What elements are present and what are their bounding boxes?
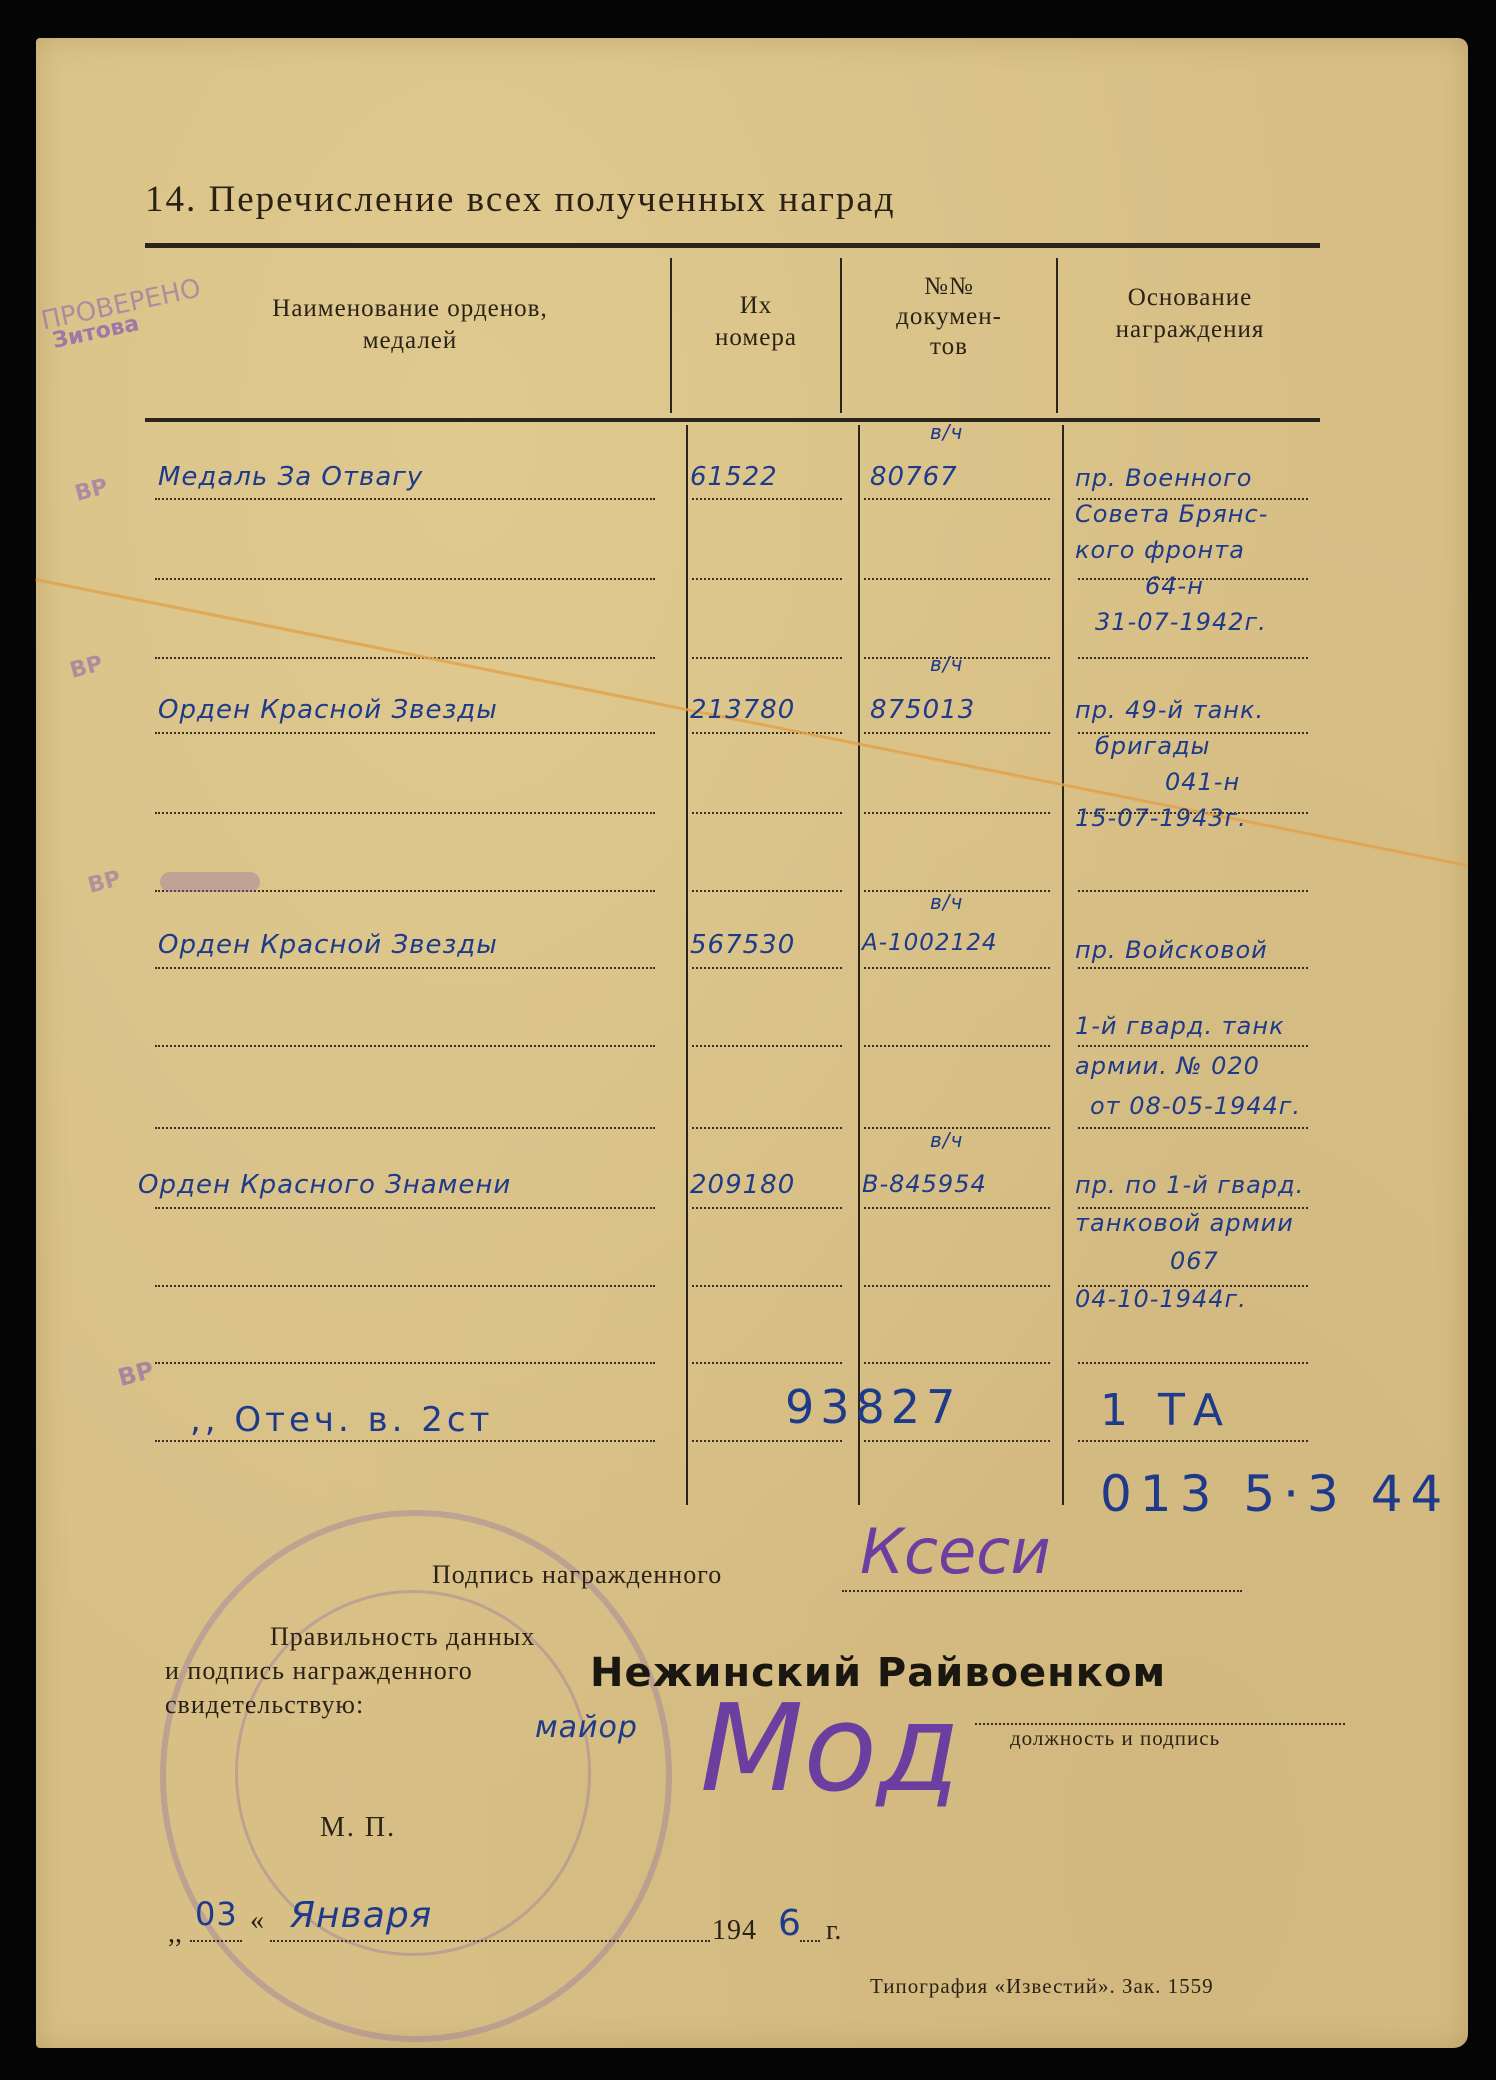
header-name-line: медалей [200, 325, 620, 357]
header-number-line: номера [672, 322, 840, 354]
row-dotted-line [155, 1045, 655, 1047]
award-basis: пр. Военного Совета Брянс- кого фронта 6… [1075, 460, 1268, 640]
row-dotted-line [864, 578, 1050, 580]
header-number-line: Их [672, 290, 840, 322]
row-dotted-line [692, 657, 842, 659]
row-dotted-line [155, 1127, 655, 1129]
row-dotted-line [155, 1440, 655, 1442]
award-number: 209180 [690, 1170, 795, 1200]
award-document: 80767 [870, 462, 958, 492]
date-year-printed: 194 [712, 1915, 757, 1947]
row-dotted-line [155, 578, 655, 580]
row-dotted-line [155, 812, 655, 814]
seal-place-label: М. П. [320, 1812, 396, 1844]
award-number: 93827 [785, 1380, 961, 1434]
position-signature-line [975, 1723, 1345, 1725]
recipient-signature: Ксеси [860, 1515, 1051, 1588]
position-label: должность и подпись [1010, 1726, 1220, 1751]
basis-line: армии. № 020 [1075, 1046, 1301, 1086]
basis-line: 067 [1075, 1242, 1304, 1280]
doc-prefix: в/ч [930, 420, 963, 444]
row-dotted-line [155, 1285, 655, 1287]
row-dotted-line [692, 578, 842, 580]
header-basis: Основание награждения [1060, 282, 1320, 346]
row-dotted-line [155, 967, 655, 969]
row-dotted-line [155, 657, 655, 659]
basis-line: 04-10-1944г. [1075, 1280, 1304, 1318]
basis-line: 64-н [1075, 568, 1268, 604]
row-dotted-line [864, 967, 1050, 969]
award-basis: пр. по 1-й гвард. танковой армии 067 04-… [1075, 1166, 1304, 1318]
row-dotted-line [155, 732, 655, 734]
award-name: Медаль За Отвагу [158, 462, 423, 492]
header-documents: №№ докумен- тов [842, 272, 1056, 362]
official-signature: Мод [700, 1680, 960, 1819]
basis-line: пр. Войсковой [1075, 930, 1301, 970]
table-header-rule [145, 418, 1320, 422]
basis-line: кого фронта [1075, 532, 1268, 568]
row-dotted-line [1078, 657, 1308, 659]
row-dotted-line [692, 812, 842, 814]
row-dotted-line [864, 1440, 1050, 1442]
basis-line: от 08-05-1944г. [1075, 1086, 1301, 1126]
row-dotted-line [692, 1285, 842, 1287]
header-basis-line: Основание [1060, 282, 1320, 314]
header-documents-line: докумен- [842, 302, 1056, 332]
award-number: 567530 [690, 930, 795, 960]
certify-line: свидетельствую: [165, 1690, 364, 1720]
row-dotted-line [864, 732, 1050, 734]
row-dotted-line [692, 1127, 842, 1129]
column-divider [686, 425, 688, 1505]
date-day: 03 [195, 1895, 238, 1933]
table-top-rule [145, 243, 1320, 248]
row-dotted-line [1078, 1362, 1308, 1364]
row-dotted-line [692, 1362, 842, 1364]
certify-line: Правильность данных [270, 1622, 535, 1652]
doc-prefix: в/ч [930, 652, 963, 676]
award-name: Орден Красной Звезды [158, 930, 498, 960]
award-number: 61522 [690, 462, 778, 492]
award-name: ,, Отеч. в. 2ст [190, 1400, 493, 1440]
award-name: Орден Красной Звезды [158, 695, 498, 725]
ink-smudge [160, 872, 260, 892]
basis-line: бригады [1075, 728, 1264, 764]
basis-line: Совета Брянс- [1075, 496, 1268, 532]
row-dotted-line [1078, 1440, 1308, 1442]
award-name: Орден Красного Знамени [138, 1170, 511, 1200]
row-dotted-line [692, 498, 842, 500]
section-title: 14. Перечисление всех полученных наград [145, 178, 896, 221]
header-name-line: Наименование орденов, [200, 293, 620, 325]
date-open-quote: ,, [168, 1918, 182, 1950]
date-year-line [800, 1940, 820, 1942]
recipient-signature-line [842, 1590, 1242, 1592]
award-basis-unit: 1 ТА [1100, 1385, 1231, 1436]
award-basis: пр. Войсковой 1-й гвард. танк армии. № 0… [1075, 930, 1301, 1126]
row-dotted-line [1078, 890, 1308, 892]
row-dotted-line [692, 967, 842, 969]
award-document: 875013 [870, 695, 975, 725]
row-dotted-line [864, 812, 1050, 814]
header-basis-line: награждения [1060, 314, 1320, 346]
row-dotted-line [692, 890, 842, 892]
doc-prefix: в/ч [930, 890, 963, 914]
row-dotted-line [692, 1045, 842, 1047]
row-dotted-line [692, 1440, 842, 1442]
recipient-signature-label: Подпись награжденного [432, 1560, 722, 1590]
row-dotted-line [864, 1045, 1050, 1047]
award-document: В-845954 [862, 1170, 987, 1198]
date-suffix: г. [826, 1915, 841, 1947]
basis-line: танковой армии [1075, 1204, 1304, 1242]
award-document: А-1002124 [862, 930, 997, 956]
row-dotted-line [155, 498, 655, 500]
certify-line: и подпись награжденного [165, 1656, 473, 1686]
basis-line: 1-й гвард. танк [1075, 1006, 1301, 1046]
basis-line: 041-н [1075, 764, 1264, 800]
basis-line: пр. по 1-й гвард. [1075, 1166, 1304, 1204]
rank-handwritten: майор [535, 1710, 638, 1745]
date-day-line [190, 1940, 242, 1942]
doc-prefix: в/ч [930, 1128, 963, 1152]
row-dotted-line [1078, 1127, 1308, 1129]
column-divider [1062, 425, 1064, 1505]
row-dotted-line [692, 1207, 842, 1209]
award-basis-order: 013 5·3 44 [1100, 1465, 1450, 1523]
column-divider [1056, 258, 1058, 413]
date-year-handwritten: 6 [778, 1903, 802, 1944]
award-number: 213780 [690, 695, 795, 725]
basis-line: пр. 49-й танк. [1075, 692, 1264, 728]
date-month: Января [290, 1895, 432, 1936]
row-dotted-line [864, 1207, 1050, 1209]
row-dotted-line [864, 1362, 1050, 1364]
date-month-line [270, 1940, 710, 1942]
award-basis: пр. 49-й танк. бригады 041-н 15-07-1943г… [1075, 692, 1264, 836]
header-name: Наименование орденов, медалей [200, 293, 620, 357]
row-dotted-line [864, 1285, 1050, 1287]
row-dotted-line [155, 1207, 655, 1209]
basis-line: 15-07-1943г. [1075, 800, 1264, 836]
date-mid-quote: « [250, 1905, 264, 1937]
basis-line: пр. Военного [1075, 460, 1268, 496]
header-documents-line: тов [842, 332, 1056, 362]
row-dotted-line [155, 1362, 655, 1364]
basis-line: 31-07-1942г. [1075, 604, 1268, 640]
row-dotted-line [864, 498, 1050, 500]
header-number: Их номера [672, 290, 840, 354]
printer-imprint: Типография «Известий». Зак. 1559 [870, 1974, 1214, 1999]
column-divider [858, 425, 860, 1505]
header-documents-line: №№ [842, 272, 1056, 302]
